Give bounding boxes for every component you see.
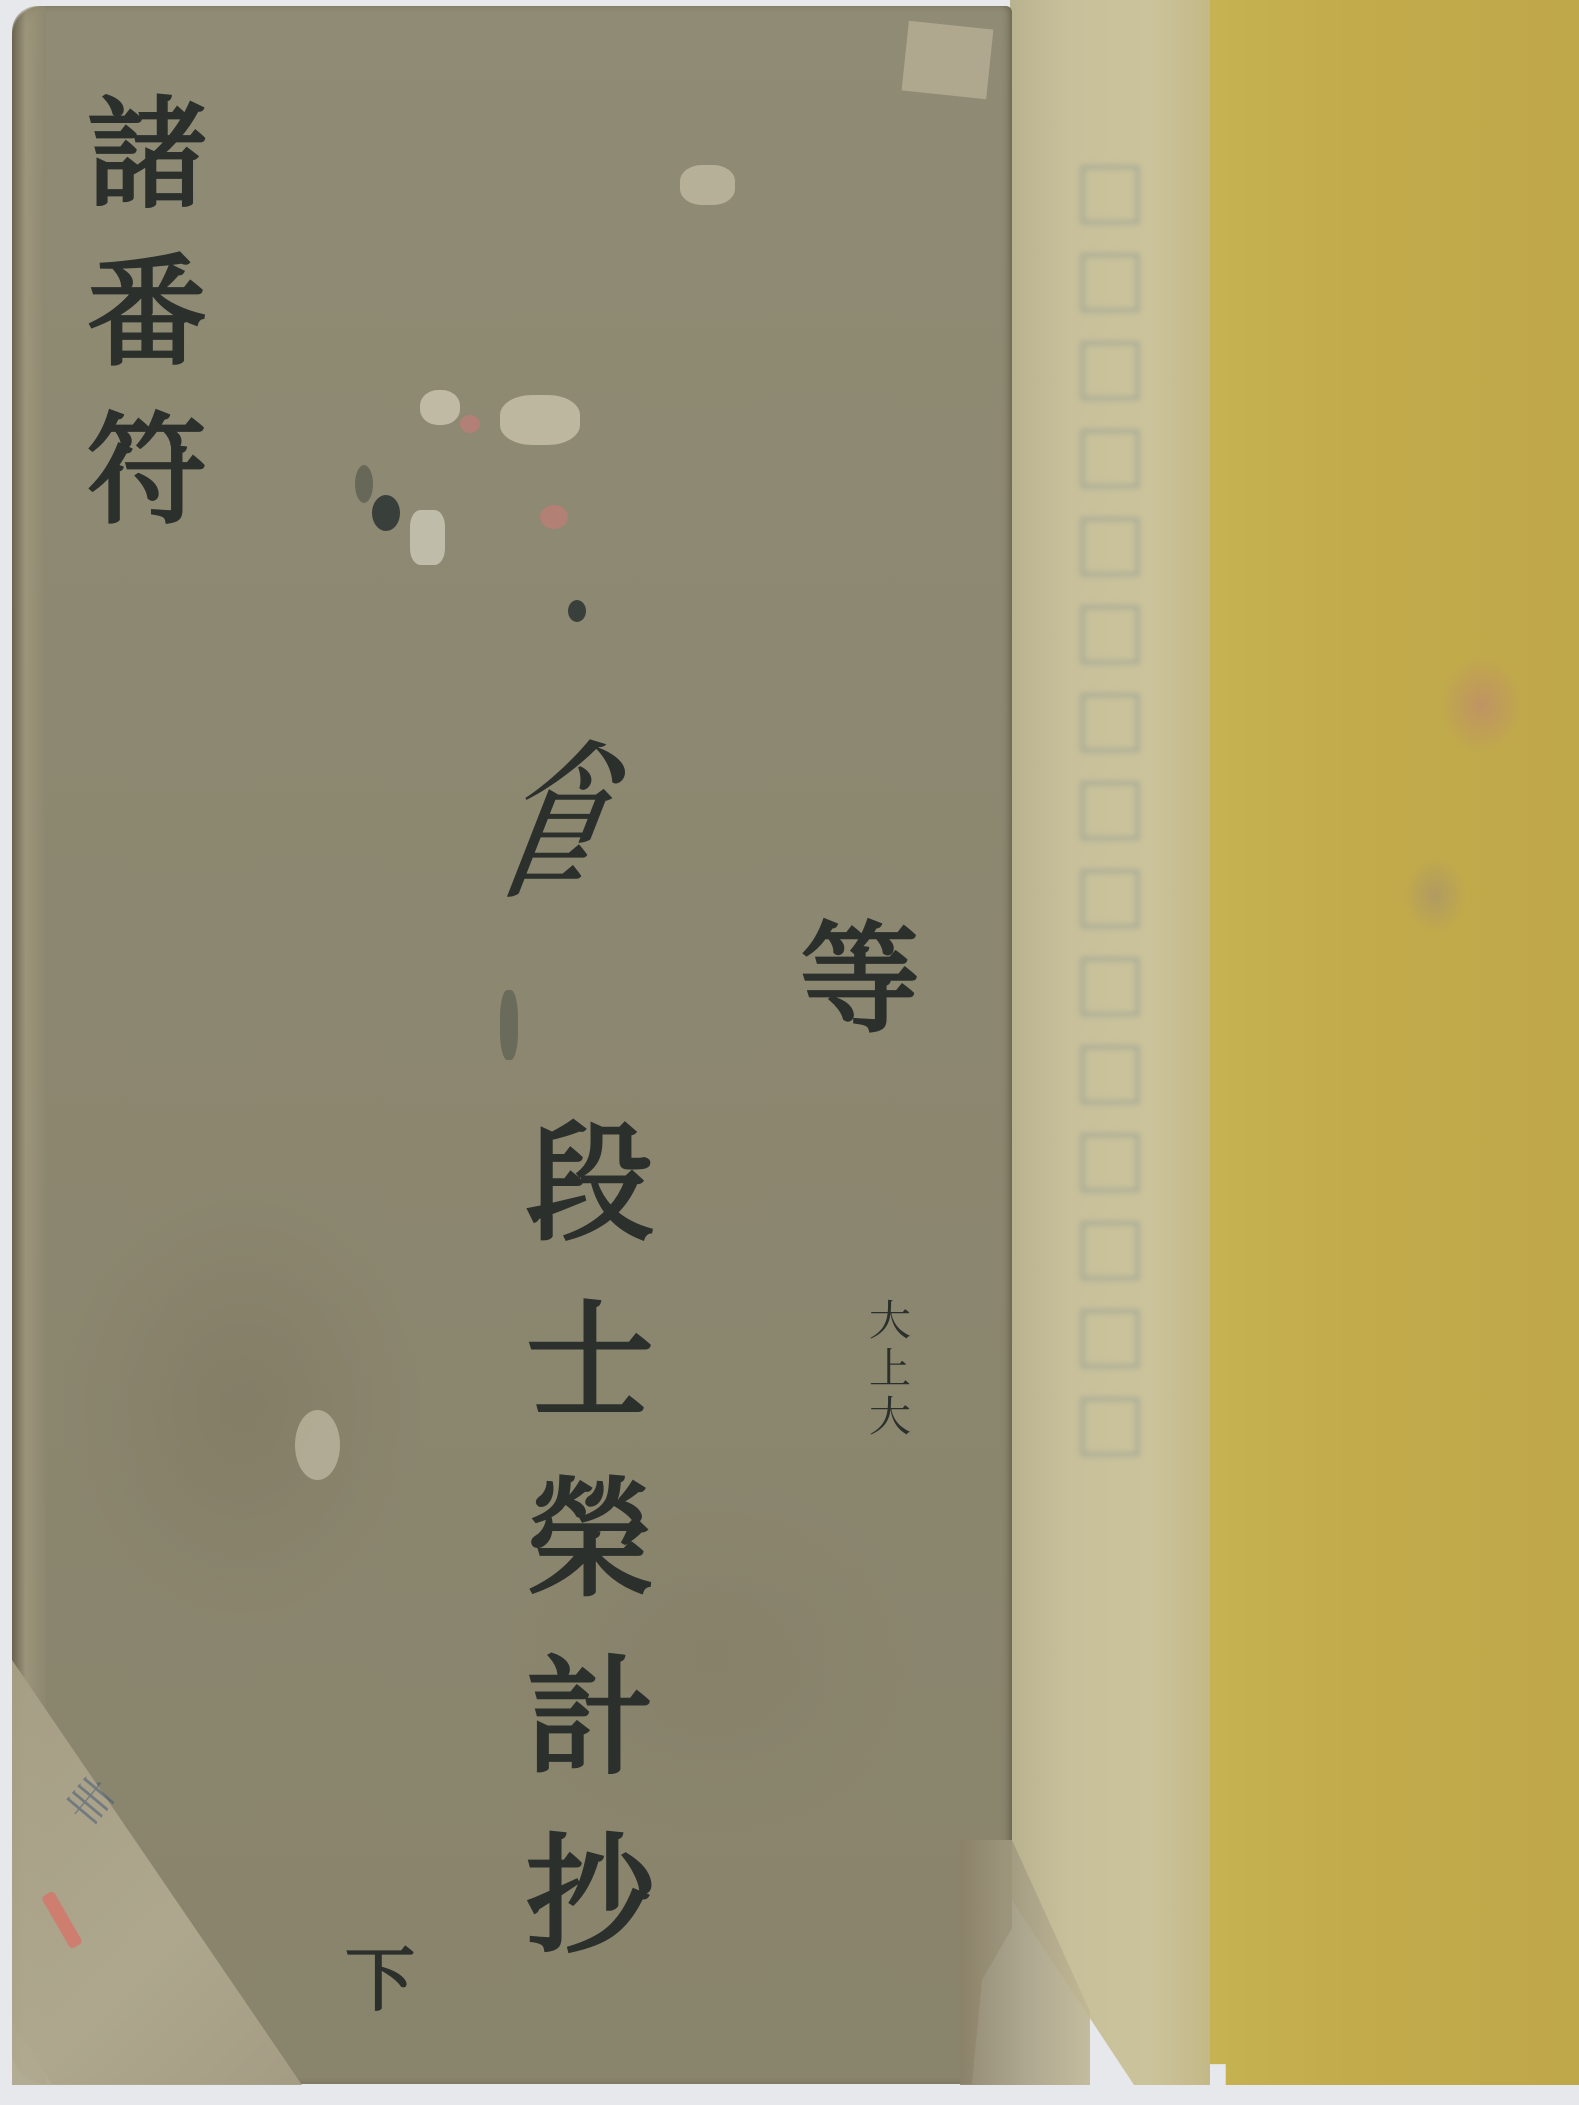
- name-char: 榮: [526, 1476, 654, 1604]
- bleed-char: □: [1073, 1118, 1147, 1196]
- annotation-char: 大: [869, 1300, 911, 1342]
- small-annotation: 大 上 大: [860, 1300, 920, 1438]
- red-stain: [460, 415, 480, 433]
- paper-damage-patch: [680, 165, 735, 205]
- ink-smudge: [355, 465, 373, 503]
- paper-damage-patch: [410, 510, 445, 565]
- paper-damage-patch: [500, 395, 580, 445]
- title-char: 符: [87, 411, 207, 531]
- ink-blot: [372, 495, 400, 531]
- paper-damage-patch: [295, 1410, 340, 1480]
- talisman-glyph-secondary: 𩙿: [478, 740, 682, 910]
- author-name-column: 段 士 榮 計 抄: [480, 1120, 700, 1960]
- talisman-glyph: 𠷓: [779, 550, 800, 700]
- red-stain: [540, 505, 568, 529]
- bleed-char: □: [1073, 678, 1147, 756]
- talisman-glyph: 𠷓: [779, 200, 800, 350]
- talisman-glyph-column: 𠷓 𠷓 𠷓: [690, 200, 890, 700]
- annotation-char: 上: [869, 1348, 911, 1390]
- bleed-char: □: [1073, 854, 1147, 932]
- yellow-back-page: [1195, 0, 1579, 2085]
- bleed-char: □: [1073, 1030, 1147, 1108]
- title-char: 番: [87, 253, 207, 373]
- volume-mark: 下: [345, 1945, 415, 2015]
- title-char: 諸: [87, 95, 207, 215]
- ink-smudge: [500, 990, 518, 1060]
- bleed-char: □: [1073, 766, 1147, 844]
- bleed-char: □: [1073, 1206, 1147, 1284]
- bleed-char: □: [1073, 238, 1147, 316]
- talisman-glyph: 𠷓: [779, 375, 800, 525]
- bleed-char: □: [1073, 150, 1147, 228]
- bleed-through-text: □ □ □ □ □ □ □ □ □ □ □ □ □ □ □: [1055, 150, 1165, 1650]
- bleed-char: □: [1073, 942, 1147, 1020]
- paper-damage-patch: [420, 390, 460, 425]
- name-char: 計: [526, 1654, 654, 1782]
- name-char: 段: [526, 1120, 654, 1248]
- annotation-char: 大: [869, 1396, 911, 1438]
- title-column: 諸 番 符: [62, 95, 232, 531]
- name-char: 抄: [526, 1832, 654, 1960]
- bleed-char: □: [1073, 414, 1147, 492]
- ink-blot: [568, 600, 586, 622]
- name-char: 士: [526, 1298, 654, 1426]
- deng-character: 等: [800, 920, 920, 1040]
- bleed-char: □: [1073, 1382, 1147, 1460]
- bleed-char: □: [1073, 1294, 1147, 1372]
- bleed-char: □: [1073, 590, 1147, 668]
- bleed-char: □: [1073, 502, 1147, 580]
- bleed-char: □: [1073, 326, 1147, 404]
- torn-paper-patch: [902, 21, 994, 100]
